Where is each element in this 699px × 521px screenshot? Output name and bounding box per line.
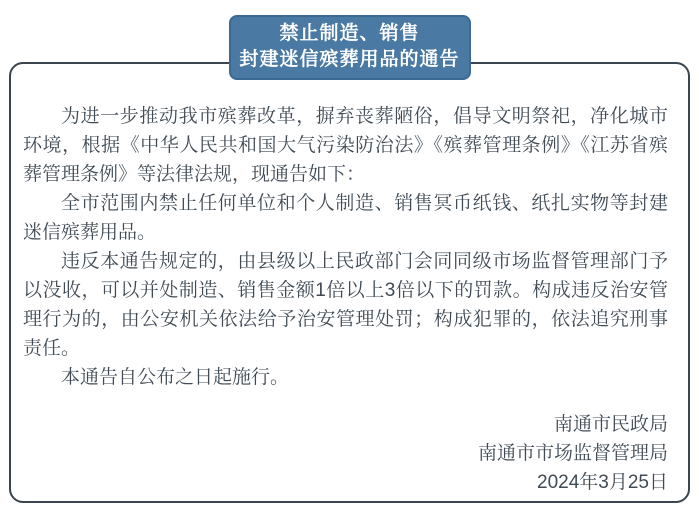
paragraph-penalty: 违反本通告规定的，由县级以上民政部门会同同级市场监督管理部门予以没收，可以并处制… <box>23 247 668 363</box>
notice-title-badge: 禁止制造、销售 封建迷信殡葬用品的通告 <box>228 15 470 80</box>
badge-title-line1: 禁止制造、销售 <box>239 21 459 47</box>
paragraph-intro: 为进一步推动我市殡葬改革，摒弃丧葬陋俗，倡导文明祭祀，净化城市环境，根据《中华人… <box>23 102 668 189</box>
paragraph-ban: 全市范围内禁止任何单位和个人制造、销售冥币纸钱、纸扎实物等封建迷信殡葬用品。 <box>23 189 668 247</box>
signature-org-market-regulation: 南通市市场监督管理局 <box>23 439 668 468</box>
paragraph-effective-date: 本通告自公布之日起施行。 <box>23 363 668 392</box>
notice-page: 禁止制造、销售 封建迷信殡葬用品的通告 为进一步推动我市殡葬改革，摒弃丧葬陋俗，… <box>0 0 699 521</box>
signature-org-civil-affairs: 南通市民政局 <box>23 410 668 439</box>
notice-body: 为进一步推动我市殡葬改革，摒弃丧葬陋俗，倡导文明祭祀，净化城市环境，根据《中华人… <box>11 64 688 497</box>
badge-title-line2: 封建迷信殡葬用品的通告 <box>239 47 459 73</box>
signature-date: 2024年3月25日 <box>23 468 668 497</box>
signature-block: 南通市民政局 南通市市场监督管理局 2024年3月25日 <box>23 410 668 497</box>
